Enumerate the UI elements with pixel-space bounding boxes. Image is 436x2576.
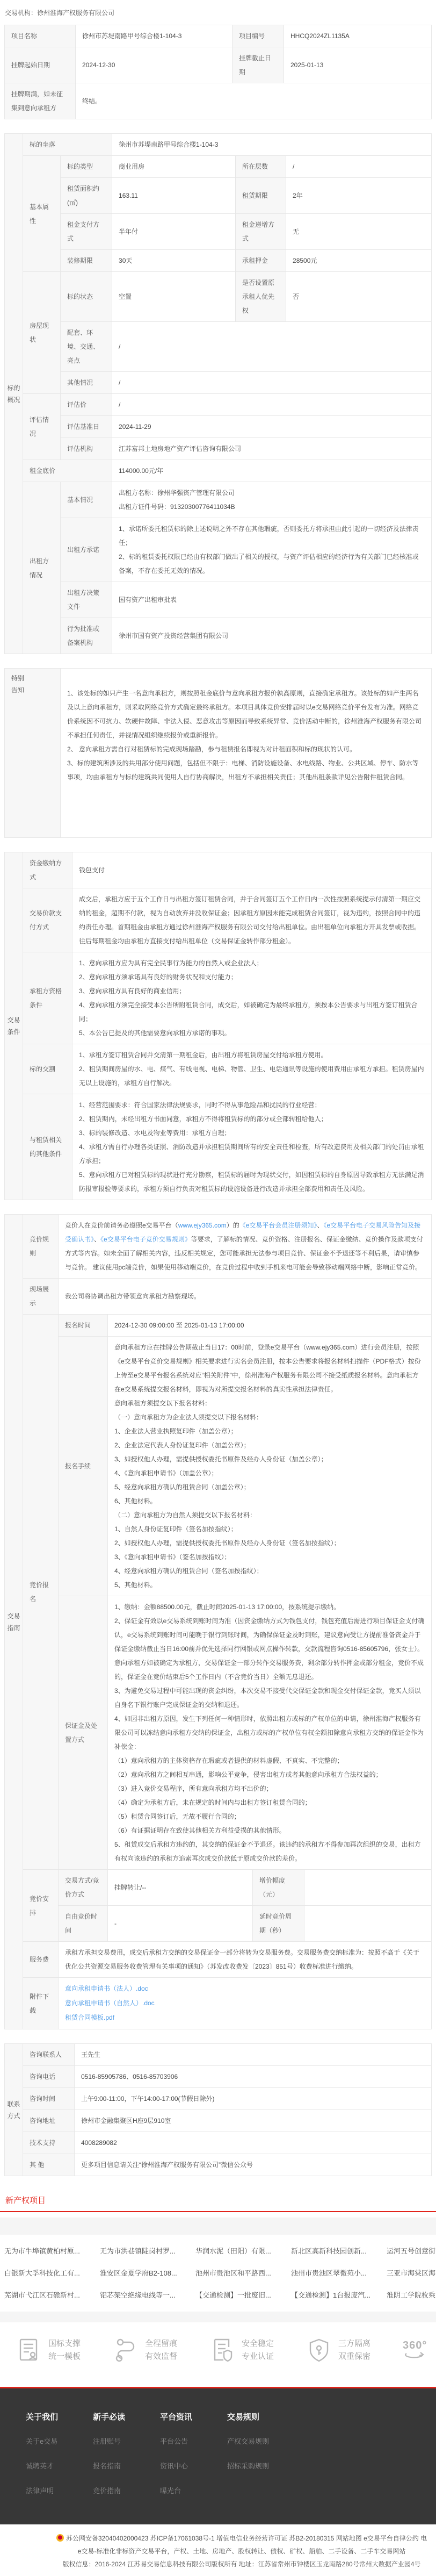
- qualification-label: 承租方资格条件: [23, 952, 72, 1044]
- qualification-value: 1、意向承租方应为具有完全民事行为能力的自然人或企业法人； 2、意向承租方须承诺…: [72, 952, 432, 1044]
- bidding-rules-link[interactable]: 《e交易平台电子竞价交易规则》: [100, 1236, 191, 1243]
- feature-line: 安全稳定: [242, 2337, 274, 2350]
- footer-column-title: 平台资讯: [160, 2411, 227, 2422]
- rotate-360-icon: 360°: [403, 2340, 427, 2361]
- list-item[interactable]: 池州市贵池区翠微苑小...: [291, 2260, 387, 2282]
- status-value: 空置: [112, 272, 236, 322]
- table-row: 承租方资格条件 1、意向承租方应为具有完全民事行为能力的自然人或企业法人； 2、…: [5, 952, 432, 1044]
- location-value: 徐州市苏堤南路甲号综合楼1-104-3: [112, 134, 432, 156]
- table-row: 配套、环境、交通、亮点 /: [5, 322, 432, 372]
- table-row: 挂牌期满，如未征集到意向承租方 终结。: [5, 83, 432, 119]
- floor-price-label: 租金底价: [23, 460, 112, 482]
- increment-label: 增价幅度（元）: [253, 1870, 304, 1906]
- fund-pay-label: 资金缴纳方式: [23, 852, 72, 888]
- table-row: 租赁面积约(㎡) 163.11 租赁期限 2年: [5, 178, 432, 214]
- delay-cycle-label: 延时竞价周期（秒）: [253, 1906, 304, 1942]
- group-label-contact: 联系方式: [5, 2044, 23, 2176]
- rule-text-part: 、: [94, 1236, 100, 1243]
- slogan-line: e交易-标准化非标资产交易平台，产权、土地、房地产、股权转让、债权、矿权、船舶、…: [0, 2545, 436, 2558]
- special-notice-table: 特别告知 1、该处标的如只产生一名意向承租方，则按照租金底价与意向承租方报价孰高…: [4, 668, 432, 838]
- table-row: 评估基准日 2024-11-29: [5, 416, 432, 438]
- target-overview-table: 标的概况 标的坐落 徐州市苏堤南路甲号综合楼1-104-3 基本属性 标的类型 …: [4, 133, 432, 654]
- table-row: 其他情况 /: [5, 372, 432, 394]
- contact-time-value: 上午9:00-11:00，下午14:00-17:00(节假日除外): [75, 2088, 432, 2110]
- feature-line: 有效监督: [145, 2350, 177, 2363]
- list-item[interactable]: 华润水泥（田阳）有限...: [195, 2238, 291, 2260]
- footer-link[interactable]: 诚聘英才: [26, 2461, 93, 2472]
- new-projects-grid: 无为市牛埠镇黄柏村原... 无为市洪巷镇陡岗村罗... 华润水泥（田阳）有限..…: [0, 2235, 436, 2312]
- project-name-value: 徐州市苏堤南路甲号综合楼1-104-3: [76, 25, 232, 47]
- fitment-label: 装修期限: [61, 250, 112, 272]
- footer-column-title: 交易规则: [227, 2411, 294, 2422]
- contact-address-value: 徐州市金融集聚区H座9层910室: [75, 2110, 432, 2132]
- bottom-bar: 苏公网安备32040402000423 苏ICP备17061038号-1 增值电…: [0, 2524, 436, 2576]
- contact-person-value: 王先生: [75, 2044, 432, 2066]
- attachments-label: 附件下载: [23, 1978, 59, 2029]
- table-row: 评估情况 评估价 /: [5, 394, 432, 416]
- contact-phone-value: 0516-85905786、0516-85703906: [75, 2066, 432, 2088]
- footer-column-title: 关于我们: [26, 2411, 93, 2422]
- signup-time-label: 报名时间: [59, 1315, 108, 1337]
- trade-mode-value: 挂牌转让/--: [108, 1870, 253, 1906]
- trace-route-icon: [113, 2337, 139, 2363]
- attachments-cell: 意向承租申请书（法人）.doc 意向承租申请书（自然人）.doc 租赁合同模板.…: [59, 1978, 432, 2029]
- table-row: 现场展示 我公司将协调出租方带领意向承租方勘察现场。: [5, 1279, 432, 1315]
- service-fee-label: 服务费: [23, 1942, 59, 1978]
- table-row: 出租方承诺 1、承诺所委托租赁标的除上述说明之外不存在其他瑕疵，否则委托方将承担…: [5, 518, 432, 582]
- footer-link[interactable]: 竞价指南: [93, 2486, 160, 2496]
- footer-link[interactable]: 关于e交易: [26, 2436, 93, 2447]
- footer-column-title: 新手必读: [93, 2411, 160, 2422]
- table-row: 自由竞价时间 - 延时竞价周期（秒）: [5, 1906, 432, 1942]
- footer-link[interactable]: 曝光台: [160, 2486, 227, 2496]
- member-register-notice-link[interactable]: 《e交易平台会员注册须知》: [239, 1222, 317, 1229]
- footer-link[interactable]: 招标采购规则: [227, 2461, 294, 2472]
- eval-price-value: /: [112, 394, 432, 416]
- footer-link[interactable]: 产权交易规则: [227, 2436, 294, 2447]
- lessor-basic-value: 出租方名称：徐州华强资产管理有限公司 出租方证件号码：9132030077641…: [112, 482, 432, 518]
- feature-line: 国标支撑: [48, 2337, 81, 2350]
- type-value: 商业用房: [112, 156, 236, 178]
- bidding-rule-text: 竞价人在竞价前请务必遵照e交易平台（www.ejy365.com）的《e交易平台…: [59, 1215, 432, 1279]
- table-row: 租金支付方式 半年付 租金递增方式 无: [5, 214, 432, 250]
- other-status-value: /: [112, 372, 432, 394]
- list-item[interactable]: 运河五号创意街...: [387, 2238, 436, 2260]
- listing-start-label: 挂牌起始日期: [5, 47, 76, 83]
- free-bidding-label: 自由竞价时间: [59, 1906, 108, 1942]
- contact-table: 联系方式 咨询联系人 王先生 咨询电话 0516-85905786、0516-8…: [4, 2043, 432, 2176]
- table-row: 保证金及处置方式 1、缴纳：金额88500.00元，截止时间2025-01-13…: [5, 1596, 432, 1870]
- table-row: 挂牌起始日期 2024-12-30 挂牌截止日期 2025-01-13: [5, 47, 432, 83]
- list-item[interactable]: 三亚市海棠区海...: [387, 2260, 436, 2282]
- attachment-link-corp-doc[interactable]: 意向承租申请书（法人）.doc: [65, 1982, 425, 1996]
- rule-text-part: 竞价人在竞价前请务必遵照e交易平台（: [65, 1222, 178, 1229]
- new-projects-row: 芜湖市弋江区石硊新村... 铝芯架空绝缘电线等一... 【交通检测】一批废旧..…: [4, 2282, 436, 2304]
- increase-label: 租金递增方式: [236, 214, 286, 250]
- project-code-value: HHCQ2024ZL1135A: [284, 25, 432, 47]
- margin-rules-value: 1、缴纳：金额88500.00元，截止时间2025-01-13 17:00:00…: [108, 1596, 432, 1870]
- group-label-target-overview: 标的概况: [5, 134, 23, 654]
- feature-line: 全程留痕: [145, 2337, 177, 2350]
- table-row: 交易条件 资金缴纳方式 钱包支付: [5, 852, 432, 888]
- eval-price-label: 评估价: [61, 394, 112, 416]
- special-notice-text: 1、该处标的如只产生一名意向承租方，则按照租金底价与意向承租方报价孰高原则，直接…: [61, 669, 432, 838]
- site-show-value: 我公司将协调出租方带领意向承租方勘察现场。: [59, 1279, 432, 1315]
- approval-org-value: 徐州市国有资产投资经营集团有限公司: [112, 618, 432, 654]
- list-item[interactable]: 淮阴工学院枚乘...: [387, 2282, 436, 2304]
- icp-line: 苏公网安备32040402000423 苏ICP备17061038号-1 增值电…: [0, 2532, 436, 2545]
- table-row: 技术支持 4008289082: [5, 2132, 432, 2154]
- list-item[interactable]: 白银新大孚科技化工有...: [4, 2260, 100, 2282]
- table-row: 与租赁相关的其他条件 1、经营范围要求：符合国家法律法规要求，同时不得从事危险品…: [5, 1094, 432, 1200]
- table-row: 出租方决策文件 国有资产出租审批表: [5, 582, 432, 618]
- special-notice-label-text: 特别告知: [11, 672, 27, 696]
- eval-date-value: 2024-11-29: [112, 416, 432, 438]
- floor-label: 所在层数: [236, 156, 286, 178]
- lessor-doc-label: 出租方决策文件: [61, 582, 112, 618]
- new-projects-carousel-band: [0, 2218, 436, 2235]
- table-row: 咨询地址 徐州市金融集聚区H座9层910室: [5, 2110, 432, 2132]
- group-label-basic: 基本属性: [23, 156, 61, 272]
- copyright-line: 版权信息：2016-2024 江苏易交易信息科技有限公司版权所有 地址：江苏省常…: [0, 2558, 436, 2571]
- contact-person-label: 咨询联系人: [23, 2044, 75, 2066]
- feature-line: 统一模板: [48, 2350, 81, 2363]
- table-row: 联系方式 咨询联系人 王先生: [5, 2044, 432, 2066]
- table-row: 行为批准或备案机构 徐州市国有资产投资经营集团有限公司: [5, 618, 432, 654]
- table-row: 交易价款支付方式 成交后，承租方应于五个工作日与出租方签订租赁合同，并于合同签订…: [5, 888, 432, 952]
- certified-doc-icon: [209, 2337, 235, 2363]
- approval-org-label: 行为批准或备案机构: [61, 618, 112, 654]
- other-terms-label: 与租赁相关的其他条件: [23, 1094, 72, 1200]
- footer-link[interactable]: 报名指南: [93, 2461, 160, 2472]
- facility-value: /: [112, 322, 432, 372]
- table-row: 标的概况 标的坐落 徐州市苏堤南路甲号综合楼1-104-3: [5, 134, 432, 156]
- floor-value: /: [286, 156, 432, 178]
- listing-end-value: 2025-01-13: [284, 47, 432, 83]
- table-row: 竞价报名 报名时间 2024-12-30 09:00:00 至 2025-01-…: [5, 1315, 432, 1337]
- area-label: 租赁面积约(㎡): [61, 178, 112, 214]
- group-label-trade-conditions: 交易条件: [5, 852, 23, 1200]
- list-item[interactable]: 铝芯架空绝缘电线等一...: [100, 2282, 195, 2304]
- table-row: 租金底价 114000.00元/年: [5, 460, 432, 482]
- trade-conditions-table: 交易条件 资金缴纳方式 钱包支付 交易价款支付方式 成交后，承租方应于五个工作日…: [4, 852, 432, 1200]
- project-code-label: 项目编号: [232, 25, 284, 47]
- feature-item: 国标支撑统一模板: [16, 2337, 113, 2363]
- table-row: 装修期限 30天 承租押金 28500元: [5, 250, 432, 272]
- group-label-signup: 竞价报名: [23, 1315, 59, 1870]
- free-bidding-value: -: [108, 1906, 253, 1942]
- facility-label: 配套、环境、交通、亮点: [61, 322, 112, 372]
- signup-procedure-label: 报名手续: [59, 1337, 108, 1596]
- table-row: 出租方情况 基本情况 出租方名称：徐州华强资产管理有限公司 出租方证件号码：91…: [5, 482, 432, 518]
- footer-link[interactable]: 平台公告: [160, 2436, 227, 2447]
- type-label: 标的类型: [61, 156, 112, 178]
- trade-guide-table: 交易指南 竞价规则 竞价人在竞价前请务必遵照e交易平台（www.ejy365.c…: [4, 1214, 432, 2029]
- list-item[interactable]: 【交通检测】一批废旧...: [195, 2282, 291, 2304]
- increase-value: 无: [286, 214, 432, 250]
- feature-item: 三方隔离双重保密: [306, 2337, 403, 2363]
- area-value: 163.11: [112, 178, 236, 214]
- fund-pay-value: 钱包支付: [72, 852, 432, 888]
- table-row: 房屋现状 标的状态 空置 是否设置原承租人优先权 否: [5, 272, 432, 322]
- list-item[interactable]: 池州市贵池区和平路西...: [195, 2260, 291, 2282]
- contact-other-label: 其 他: [23, 2154, 75, 2176]
- tech-support-label: 技术支持: [23, 2132, 75, 2154]
- new-projects-row: 白银新大孚科技化工有... 淮安区金夏学府B2-108... 池州市贵池区和平路…: [4, 2260, 436, 2282]
- lessor-doc-value: 国有资产出租审批表: [112, 582, 432, 618]
- eval-org-label: 评估机构: [61, 438, 112, 460]
- table-row: 项目名称 徐州市苏堤南路甲号综合楼1-104-3 项目编号 HHCQ2024ZL…: [5, 25, 432, 47]
- group-label-special-notice: 特别告知: [5, 669, 61, 838]
- feature-line: 三方隔离: [338, 2337, 370, 2350]
- deposit-label: 承租押金: [236, 250, 286, 272]
- contact-time-label: 咨询时间: [23, 2088, 75, 2110]
- rule-text-part: 、: [317, 1222, 323, 1229]
- table-row: 咨询电话 0516-85905786、0516-85703906: [5, 2066, 432, 2088]
- delivery-label: 标的交割: [23, 1044, 72, 1094]
- project-name-label: 项目名称: [5, 25, 76, 47]
- feature-line: 双重保密: [338, 2350, 370, 2363]
- group-label-arrangement: 竞价安排: [23, 1870, 59, 1942]
- term-label: 租赁期限: [236, 178, 286, 214]
- table-row: 服务费 承租方承担交易费用，成交后承租方交纳的交易保证金一部分将转为交易服务费。…: [5, 1942, 432, 1978]
- ejy365-link[interactable]: www.ejy365.com: [178, 1222, 227, 1229]
- shield-key-icon: [306, 2337, 332, 2363]
- table-row: 标的交割 1、承租方签订租赁合同并交清第一期租金后，由出租方将租赁房屋交付给承租…: [5, 1044, 432, 1094]
- footer-link[interactable]: 资讯中心: [160, 2461, 227, 2472]
- footer-column-news: 平台资讯 平台公告 资讯中心 曝光台: [160, 2411, 227, 2496]
- table-row: 竞价安排 交易方式/竞价方式 挂牌转让/-- 增价幅度（元）: [5, 1870, 432, 1906]
- listing-end-label: 挂牌截止日期: [232, 47, 284, 83]
- lessor-promise-label: 出租方承诺: [61, 518, 112, 582]
- group-label-trade-guide: 交易指南: [5, 1215, 23, 2029]
- table-row: 报名手续 意向承租方应在挂牌公告期截止当日17：00时前，登录e交易平台（www…: [5, 1337, 432, 1596]
- feature-item: 安全稳定专业认证: [209, 2337, 306, 2363]
- list-item[interactable]: 【交通检测】1台报废汽...: [291, 2282, 387, 2304]
- footer-column-about: 关于我们 关于e交易 诚聘英才 法律声明: [26, 2411, 93, 2496]
- group-label-lessor: 出租方情况: [23, 482, 61, 654]
- attachment-link-contract-pdf[interactable]: 租赁合同模板.pdf: [65, 2011, 425, 2025]
- feature-item: 全程留痕有效监督: [113, 2337, 209, 2363]
- fitment-value: 30天: [112, 250, 236, 272]
- feature-line: 专业认证: [242, 2350, 274, 2363]
- section-divider-band: [0, 2312, 436, 2322]
- table-row: 交易指南 竞价规则 竞价人在竞价前请务必遵照e交易平台（www.ejy365.c…: [5, 1215, 432, 1279]
- service-fee-value: 承租方承担交易费用，成交后承租方交纳的交易保证金一部分将转为交易服务费。交易服务…: [59, 1942, 432, 1978]
- list-item[interactable]: 无为市洪巷镇陡岗村罗...: [100, 2238, 195, 2260]
- footer-column-rules: 交易规则 产权交易规则 招标采购规则: [227, 2411, 294, 2496]
- platform-features: 国标支撑统一模板 全程留痕有效监督 安全稳定专业认证 三方隔离双重保密 360°: [0, 2322, 436, 2379]
- listing-start-value: 2024-12-30: [76, 47, 232, 83]
- priority-label: 是否设置原承租人优先权: [236, 272, 286, 322]
- pay-mode-label: 租金支付方式: [61, 214, 112, 250]
- site-show-label: 现场展示: [23, 1279, 59, 1315]
- table-row: 基本属性 标的类型 商业用房 所在层数 /: [5, 156, 432, 178]
- other-status-label: 其他情况: [61, 372, 112, 394]
- lessor-promise-value: 1、承诺所委托租赁标的除上述说明之外不存在其他瑕疵，否则委托方将承担由此引起的一…: [112, 518, 432, 582]
- increment-value: [304, 1870, 432, 1906]
- other-terms-value: 1、经营范围要求：符合国家法律法规要求，同时不得从事危险品和扰民的行业经营； 2…: [72, 1094, 432, 1200]
- trade-mode-label: 交易方式/竞价方式: [59, 1870, 108, 1906]
- project-summary-table: 项目名称 徐州市苏堤南路甲号综合楼1-104-3 项目编号 HHCQ2024ZL…: [4, 25, 432, 119]
- feature-item: 360°: [403, 2337, 436, 2363]
- contact-phone-label: 咨询电话: [23, 2066, 75, 2088]
- location-label: 标的坐落: [23, 134, 112, 156]
- contact-other-value: 更多项目信息请关注“徐州淮海产权服务有限公司”微信公众号: [75, 2154, 432, 2176]
- lessor-basic-label: 基本情况: [61, 482, 112, 518]
- footer-link[interactable]: 法律声明: [26, 2486, 93, 2496]
- expire-policy-value: 终结。: [76, 83, 432, 119]
- signup-procedure-value: 意向承租方应在挂牌公告期截止当日17：00时前，登录e交易平台（www.ejy3…: [108, 1337, 432, 1596]
- bidding-rule-label: 竞价规则: [23, 1215, 59, 1279]
- police-badge-icon: [56, 2534, 64, 2542]
- table-row: 评估机构 江苏富邦土地房地产资产评估咨询有限公司: [5, 438, 432, 460]
- new-projects-row: 无为市牛埠镇黄柏村原... 无为市洪巷镇陡岗村罗... 华润水泥（田阳）有限..…: [4, 2238, 436, 2260]
- delay-cycle-value: [304, 1906, 432, 1942]
- table-row: 其 他 更多项目信息请关注“徐州淮海产权服务有限公司”微信公众号: [5, 2154, 432, 2176]
- new-projects-title: 新产权项目: [5, 2196, 46, 2205]
- list-item[interactable]: 无为市牛埠镇黄柏村原...: [4, 2238, 100, 2260]
- group-label-evaluation: 评估情况: [23, 394, 61, 460]
- price-pay-terms-label: 交易价款支付方式: [23, 888, 72, 952]
- attachment-link-person-doc[interactable]: 意向承租申请书（自然人）.doc: [65, 1996, 425, 2011]
- status-label: 标的状态: [61, 272, 112, 322]
- list-item[interactable]: 芜湖市弋江区石硊新村...: [4, 2282, 100, 2304]
- list-item[interactable]: 淮安区金夏学府B2-108...: [100, 2260, 195, 2282]
- group-label-house-status: 房屋现状: [23, 272, 61, 394]
- floor-price-value: 114000.00元/年: [112, 460, 432, 482]
- eval-org-value: 江苏富邦土地房地产资产评估咨询有限公司: [112, 438, 432, 460]
- rule-text-part: ）的: [227, 1222, 239, 1229]
- footer-column-newbie: 新手必读 注册账号 报名指南 竞价指南: [93, 2411, 160, 2496]
- site-footer: 关于我们 关于e交易 诚聘英才 法律声明 新手必读 注册账号 报名指南 竞价指南…: [0, 2387, 436, 2524]
- pay-mode-value: 半年付: [112, 214, 236, 250]
- term-value: 2年: [286, 178, 432, 214]
- new-projects-header: 新产权项目: [0, 2190, 436, 2212]
- deposit-value: 28500元: [286, 250, 432, 272]
- tech-support-value: 4008289082: [75, 2132, 432, 2154]
- price-pay-terms-value: 成交后，承租方应于五个工作日与出租方签订租赁合同，并于合同签订五个工作日内一次性…: [72, 888, 432, 952]
- margin-rules-label: 保证金及处置方式: [59, 1596, 108, 1870]
- table-row: 特别告知 1、该处标的如只产生一名意向承租方，则按照租金底价与意向承租方报价孰高…: [5, 669, 432, 838]
- contact-address-label: 咨询地址: [23, 2110, 75, 2132]
- priority-value: 否: [286, 272, 432, 322]
- expire-policy-label: 挂牌期满，如未征集到意向承租方: [5, 83, 76, 119]
- table-row: 附件下载 意向承租申请书（法人）.doc 意向承租申请书（自然人）.doc 租赁…: [5, 1978, 432, 2029]
- signup-time-value: 2024-12-30 09:00:00 至 2025-01-13 17:00:0…: [108, 1315, 432, 1337]
- standard-template-icon: [16, 2337, 42, 2363]
- eval-date-label: 评估基准日: [61, 416, 112, 438]
- table-row: 咨询时间 上午9:00-11:00，下午14:00-17:00(节假日除外): [5, 2088, 432, 2110]
- footer-link[interactable]: 注册账号: [93, 2436, 160, 2447]
- delivery-value: 1、承租方签订租赁合同并交清第一期租金后，由出租方将租赁房屋交付给承租方使用。 …: [72, 1044, 432, 1094]
- list-item[interactable]: 新北区高新科技园创新...: [291, 2238, 387, 2260]
- trading-agency-line: 交易机构：徐州淮海产权服务有限公司: [0, 0, 436, 25]
